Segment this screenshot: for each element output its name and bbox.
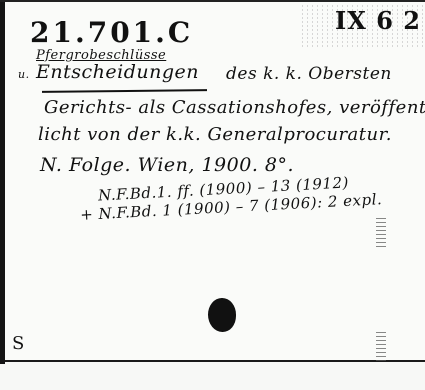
shelf-mark: IX 6 2 F [335,6,425,35]
punch-hole-icon [208,298,236,332]
call-number: 21.701.C [30,16,193,49]
corner-mark: S [12,333,25,354]
title-line2: Gerichts- als Cassationshofes, veröffent… [44,97,425,118]
imprint-line: N. Folge. Wien, 1900. 8°. [40,154,294,176]
prefix-mark: u. [18,68,30,81]
title-line1-rest: des k. k. Obersten [226,64,392,84]
catalog-card: 21.701.C IX 6 2 F Pfergrobeschlüsse u. E… [0,0,425,362]
title-line3: licht von der k.k. Generalprocuratur. [38,124,392,145]
title-underline [42,89,207,93]
scan-artifact [376,332,386,362]
card-left-edge [0,2,5,364]
scan-artifact [376,218,386,248]
title-main: Entscheidungen [36,61,199,83]
